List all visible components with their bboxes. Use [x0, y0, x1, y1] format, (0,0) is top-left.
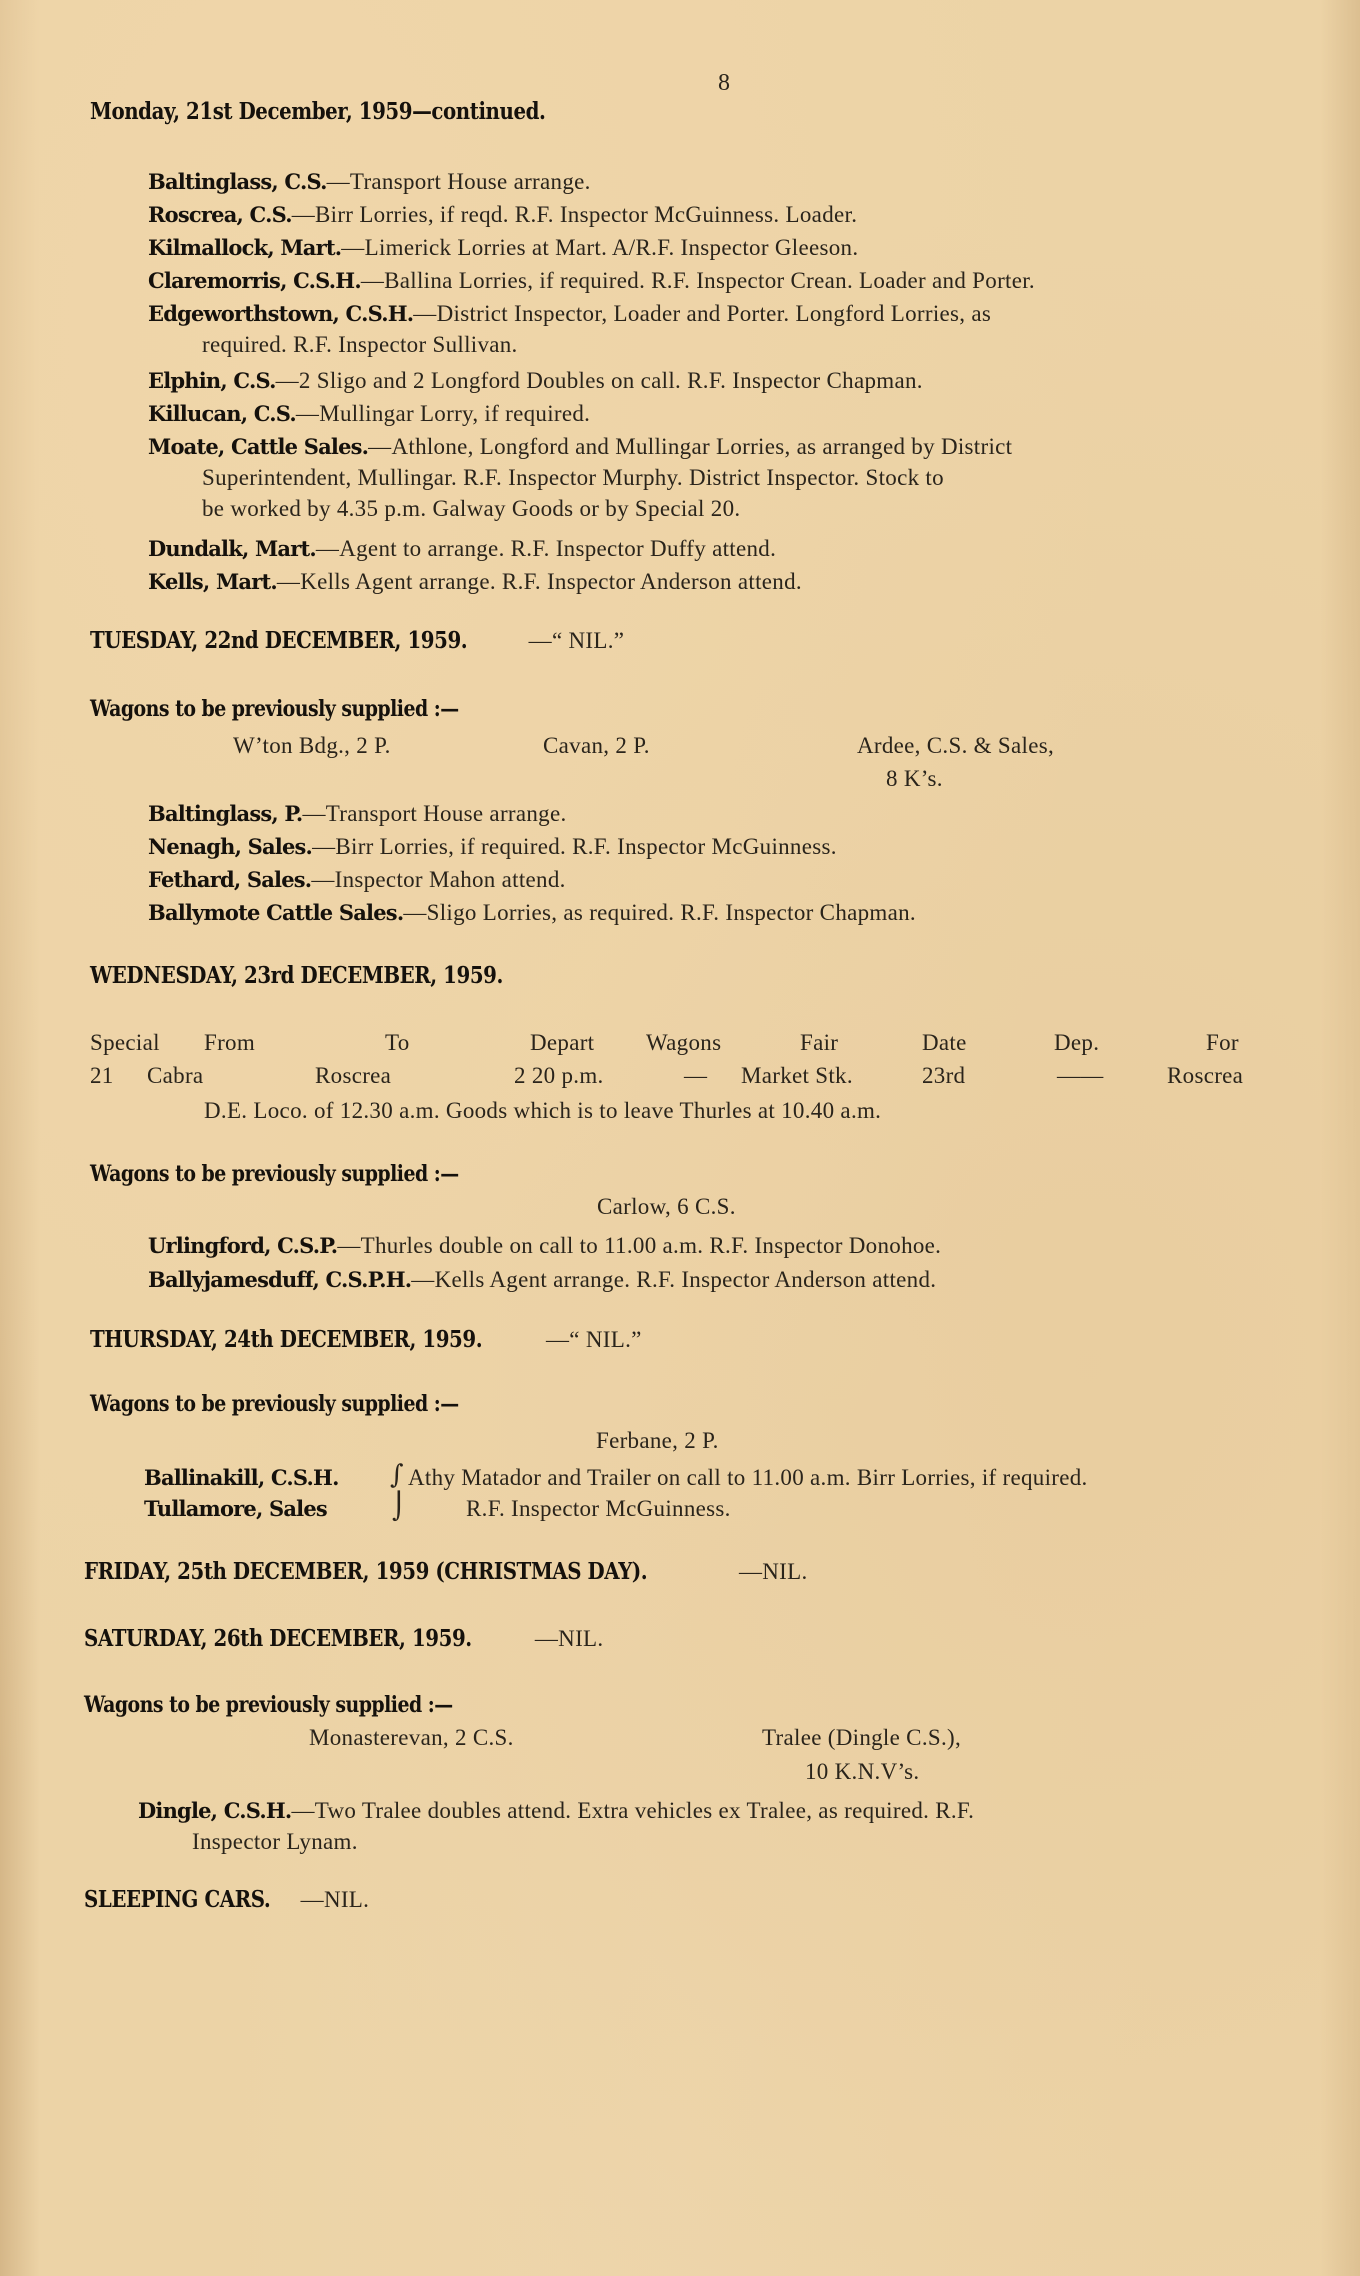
wagon-carlow: Carlow, 6 C.S. — [597, 1194, 736, 1220]
entry-text: —Two Tralee doubles attend. Extra vehicl… — [291, 1798, 974, 1823]
wagons-label-text: Wagons to be previously supplied :— — [90, 1161, 459, 1187]
entry-text: —Birr Lorries, if required. R.F. Inspect… — [312, 834, 837, 859]
entry-place: Dundalk, Mart. — [148, 536, 316, 561]
page-number: 8 — [718, 70, 730, 97]
thursday-status: —“ NIL.” — [546, 1327, 642, 1352]
friday-status: —NIL. — [739, 1559, 808, 1584]
saturday-heading: SATURDAY, 26th DECEMBER, 1959.—NIL. — [84, 1625, 603, 1652]
entry-fethard-sales: Fethard, Sales.—Inspector Mahon attend. — [148, 864, 1313, 895]
wagon-tralee: Tralee (Dingle C.S.), — [762, 1725, 961, 1751]
brace-top-icon: ∫ — [390, 1460, 404, 1490]
entry-text: —Birr Lorries, if reqd. R.F. Inspector M… — [292, 202, 858, 227]
wagon-ferbane: Ferbane, 2 P. — [596, 1428, 719, 1454]
col-date: Date — [922, 1030, 967, 1056]
entry-elphin-cs: Elphin, C.S.—2 Sligo and 2 Longford Doub… — [148, 365, 1313, 396]
entry-dundalk-mart: Dundalk, Mart.—Agent to arrange. R.F. In… — [148, 533, 1313, 564]
entry-place: Elphin, C.S. — [148, 368, 276, 393]
col-dep: Dep. — [1054, 1030, 1099, 1056]
thursday-wagons-label: Wagons to be previously supplied :— — [90, 1391, 519, 1417]
place-ballinakill-csh: Ballinakill, C.S.H. — [144, 1465, 339, 1490]
entry-text: —Thurles double on call to 11.00 a.m. R.… — [337, 1233, 941, 1258]
entry-text: —Transport House arrange. — [302, 801, 566, 826]
col-depart: Depart — [530, 1030, 594, 1056]
wagons-label-text: Wagons to be previously supplied :— — [90, 1391, 459, 1417]
entry-text: —Agent to arrange. R.F. Inspector Duffy … — [316, 536, 776, 561]
entry-place: Claremorris, C.S.H. — [148, 268, 361, 293]
entry-claremorris-csh: Claremorris, C.S.H.—Ballina Lorries, if … — [148, 265, 1313, 296]
entry-text: —Limerick Lorries at Mart. A/R.F. Inspec… — [341, 235, 858, 260]
thursday-heading-text: THURSDAY, 24th DECEMBER, 1959. — [90, 1326, 482, 1353]
tuesday-heading: TUESDAY, 22nd DECEMBER, 1959.—“ NIL.” — [90, 627, 624, 654]
grouped-line-1: Athy Matador and Trailer on call to 11.0… — [408, 1465, 1088, 1491]
wagon-tralee-count: 10 K.N.V’s. — [805, 1759, 919, 1785]
entry-text: —Kells Agent arrange. R.F. Inspector And… — [277, 569, 802, 594]
saturday-status: —NIL. — [535, 1626, 604, 1651]
wagons-label-text: Wagons to be previously supplied :— — [90, 696, 459, 722]
cell-dep: —— — [1057, 1063, 1104, 1089]
entry-baltinglass-cs: Baltinglass, C.S.—Transport House arrang… — [148, 166, 1313, 197]
entry-place: Kilmallock, Mart. — [148, 235, 341, 260]
entry-place: Ballymote Cattle Sales. — [148, 900, 403, 925]
cell-wagons: — — [684, 1063, 707, 1089]
entry-text: —Inspector Mahon attend. — [311, 867, 565, 892]
entry-place: Dingle, C.S.H. — [138, 1798, 291, 1823]
thursday-heading: THURSDAY, 24th DECEMBER, 1959.—“ NIL.” — [90, 1326, 642, 1353]
entry-place: Baltinglass, C.S. — [148, 169, 327, 194]
cell-to: Roscrea — [315, 1063, 391, 1089]
saturday-heading-text: SATURDAY, 26th DECEMBER, 1959. — [84, 1625, 472, 1652]
saturday-wagons-label: Wagons to be previously supplied :— — [84, 1692, 513, 1718]
monday-heading-text: Monday, 21st December, 1959—continued. — [90, 98, 545, 125]
entry-roscrea-cs: Roscrea, C.S.—Birr Lorries, if reqd. R.F… — [148, 199, 1313, 230]
entry-kilmallock-mart: Kilmallock, Mart.—Limerick Lorries at Ma… — [148, 232, 1313, 263]
entry-text: —Ballina Lorries, if required. R.F. Insp… — [361, 268, 1035, 293]
friday-heading-text: FRIDAY, 25th DECEMBER, 1959 (CHRISTMAS D… — [84, 1558, 647, 1585]
entry-text: —Athlone, Longford and Mullingar Lorries… — [368, 434, 1012, 459]
col-to: To — [385, 1030, 410, 1056]
col-fair: Fair — [800, 1030, 838, 1056]
wagon-wton-bdg: W’ton Bdg., 2 P. — [233, 733, 391, 759]
entry-continuation: Superintendent, Mullingar. R.F. Inspecto… — [148, 462, 1313, 493]
entry-place: Edgeworthstown, C.S.H. — [148, 301, 413, 326]
tuesday-wagons-label: Wagons to be previously supplied :— — [90, 696, 519, 722]
entry-ballymote-cattle-sales: Ballymote Cattle Sales.—Sligo Lorries, a… — [148, 897, 1313, 928]
entry-continuation: required. R.F. Inspector Sullivan. — [148, 329, 1313, 360]
cell-fair: Market Stk. — [741, 1063, 853, 1089]
entry-place: Roscrea, C.S. — [148, 202, 292, 227]
entry-place: Nenagh, Sales. — [148, 834, 312, 859]
sleeping-cars-status: —NIL. — [301, 1887, 370, 1912]
entry-urlingford-csp: Urlingford, C.S.P.—Thurles double on cal… — [148, 1230, 1313, 1261]
col-from: From — [204, 1030, 255, 1056]
entry-place: Ballyjamesduff, C.S.P.H. — [148, 1267, 411, 1292]
entry-nenagh-sales: Nenagh, Sales.—Birr Lorries, if required… — [148, 831, 1313, 862]
sleeping-cars-heading-text: SLEEPING CARS. — [84, 1886, 270, 1913]
entry-moate-cattle-sales: Moate, Cattle Sales.—Athlone, Longford a… — [148, 431, 1313, 524]
sleeping-cars-heading: SLEEPING CARS.—NIL. — [84, 1886, 369, 1913]
monday-heading: Monday, 21st December, 1959—continued. — [90, 98, 620, 125]
wagon-cavan: Cavan, 2 P. — [543, 733, 650, 759]
entry-text: —2 Sligo and 2 Longford Doubles on call.… — [276, 368, 923, 393]
entry-place: Killucan, C.S. — [148, 401, 296, 426]
entry-place: Kells, Mart. — [148, 569, 277, 594]
cell-date: 23rd — [922, 1063, 965, 1089]
entry-place: Urlingford, C.S.P. — [148, 1233, 337, 1258]
entry-text: —Transport House arrange. — [327, 169, 591, 194]
wagon-ardee: Ardee, C.S. & Sales, — [857, 733, 1054, 759]
place-tullamore-sales: Tullamore, Sales — [144, 1496, 327, 1521]
entry-text: —Sligo Lorries, as required. R.F. Inspec… — [403, 900, 916, 925]
cell-depart: 2 20 p.m. — [514, 1063, 604, 1089]
entry-dingle-csh: Dingle, C.S.H.—Two Tralee doubles attend… — [138, 1795, 1318, 1857]
brace-bottom-icon: ⌡ — [392, 1492, 406, 1522]
entry-text: —District Inspector, Loader and Porter. … — [413, 301, 991, 326]
wagon-ardee-count: 8 K’s. — [886, 766, 943, 792]
entry-place: Fethard, Sales. — [148, 867, 311, 892]
entry-place: Moate, Cattle Sales. — [148, 434, 368, 459]
wednesday-heading: WEDNESDAY, 23rd DECEMBER, 1959. — [90, 962, 570, 989]
cell-special: 21 — [90, 1063, 114, 1089]
tuesday-status: —“ NIL.” — [529, 628, 625, 653]
wednesday-heading-text: WEDNESDAY, 23rd DECEMBER, 1959. — [90, 962, 503, 989]
wagons-label-text: Wagons to be previously supplied :— — [84, 1692, 453, 1718]
col-wagons: Wagons — [646, 1030, 721, 1056]
entry-continuation: Inspector Lynam. — [138, 1826, 1318, 1857]
friday-heading: FRIDAY, 25th DECEMBER, 1959 (CHRISTMAS D… — [84, 1558, 808, 1585]
entry-ballyjamesduff-csph: Ballyjamesduff, C.S.P.H.—Kells Agent arr… — [148, 1264, 1313, 1295]
col-for: For — [1206, 1030, 1239, 1056]
tuesday-heading-text: TUESDAY, 22nd DECEMBER, 1959. — [90, 627, 467, 654]
cell-for: Roscrea — [1167, 1063, 1243, 1089]
entry-kells-mart: Kells, Mart.—Kells Agent arrange. R.F. I… — [148, 566, 1313, 597]
entry-continuation-2: be worked by 4.35 p.m. Galway Goods or b… — [148, 493, 1313, 524]
entry-text: —Mullingar Lorry, if required. — [296, 401, 590, 426]
entry-place: Baltinglass, P. — [148, 801, 302, 826]
entry-baltinglass-p: Baltinglass, P.—Transport House arrange. — [148, 798, 1313, 829]
entry-killucan-cs: Killucan, C.S.—Mullingar Lorry, if requi… — [148, 398, 1313, 429]
entry-text: —Kells Agent arrange. R.F. Inspector And… — [411, 1267, 936, 1292]
grouped-line-2: R.F. Inspector McGuinness. — [466, 1496, 731, 1522]
entry-edgeworthstown-csh: Edgeworthstown, C.S.H.—District Inspecto… — [148, 298, 1313, 360]
wagon-monasterevan: Monasterevan, 2 C.S. — [309, 1725, 514, 1751]
cell-from: Cabra — [147, 1063, 203, 1089]
wednesday-wagons-label: Wagons to be previously supplied :— — [90, 1161, 519, 1187]
col-special: Special — [90, 1030, 160, 1056]
table-note: D.E. Loco. of 12.30 a.m. Goods which is … — [204, 1098, 881, 1124]
